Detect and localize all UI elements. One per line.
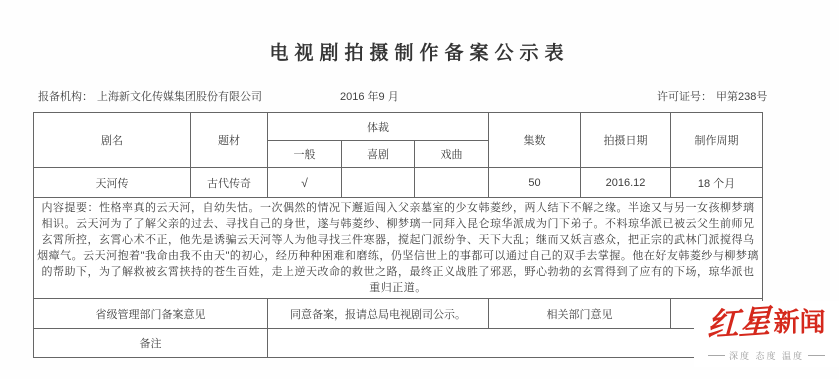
- license-value: 甲第238号: [716, 91, 767, 103]
- synopsis-row: 内容提要：性格率真的云天河，自幼失怙。一次偶然的情况下邂逅闯入父亲墓室的少女韩菱…: [34, 198, 763, 299]
- header-production-cycle: 制作周期: [671, 113, 763, 168]
- header-genre-opera: 戏曲: [415, 141, 489, 168]
- cell-genre-comedy: [342, 168, 415, 198]
- license-label: 许可证号：: [657, 91, 712, 103]
- related-dept-label: 相关部门意见: [489, 299, 671, 329]
- report-org-label: 报备机构：: [38, 91, 93, 103]
- opinions-row: 省级管理部门备案意见 同意备案，报请总局电视剧司公示。 相关部门意见: [34, 299, 763, 329]
- synopsis-text: 内容提要：性格率真的云天河，自幼失怙。一次偶然的情况下邂逅闯入父亲墓室的少女韩菱…: [34, 198, 763, 299]
- table-header-row-1: 剧名 题材 体裁 集数 拍摄日期 制作周期: [34, 113, 763, 141]
- logo-wordmark: 红星 新闻: [694, 301, 839, 345]
- cell-subject: 古代传奇: [191, 168, 268, 198]
- remarks-value: [268, 329, 763, 358]
- cell-episodes: 50: [489, 168, 581, 198]
- logo-tagline: 深度 态度 温度: [694, 349, 839, 362]
- report-date: 2016 年9 月: [340, 88, 399, 104]
- remarks-row: 备注: [34, 329, 763, 358]
- cell-genre-opera: [415, 168, 489, 198]
- provincial-opinion-label: 省级管理部门备案意见: [34, 299, 268, 329]
- remarks-label: 备注: [34, 329, 268, 358]
- registration-table: 剧名 题材 体裁 集数 拍摄日期 制作周期 一般 喜剧 戏曲 天河传 古代传奇 …: [33, 112, 763, 358]
- header-subject: 题材: [191, 113, 268, 168]
- tagline-dash-right: [808, 355, 825, 356]
- report-org: 报备机构：上海新文化传媒集团股份有限公司: [38, 88, 262, 104]
- meta-row: 报备机构：上海新文化传媒集团股份有限公司 2016 年9 月 许可证号：甲第23…: [0, 88, 839, 104]
- document-page: 电视剧拍摄制作备案公示表 报备机构：上海新文化传媒集团股份有限公司 2016 年…: [0, 0, 839, 379]
- tagline-dash-left: [708, 355, 725, 356]
- tagline-text: 深度 态度 温度: [729, 349, 804, 362]
- cell-production-cycle: 18 个月: [671, 168, 763, 198]
- cell-genre-general-check: √: [268, 168, 342, 198]
- logo-brand-block: 新闻: [774, 301, 826, 345]
- header-shoot-date: 拍摄日期: [581, 113, 671, 168]
- header-genre-general: 一般: [268, 141, 342, 168]
- cell-shoot-date: 2016.12: [581, 168, 671, 198]
- header-genre-comedy: 喜剧: [342, 141, 415, 168]
- report-org-value: 上海新文化传媒集团股份有限公司: [97, 91, 262, 103]
- header-genre: 体裁: [268, 113, 489, 141]
- page-title: 电视剧拍摄制作备案公示表: [0, 38, 839, 65]
- provincial-opinion-value: 同意备案，报请总局电视剧司公示。: [268, 299, 489, 329]
- header-episodes: 集数: [489, 113, 581, 168]
- license-number: 许可证号：甲第238号: [657, 88, 767, 104]
- logo-brand-script: 红星: [707, 299, 772, 348]
- hongxing-news-logo: 红星 新闻 深度 态度 温度: [694, 301, 839, 367]
- cell-drama-name: 天河传: [34, 168, 191, 198]
- table-data-row: 天河传 古代传奇 √ 50 2016.12 18 个月: [34, 168, 763, 198]
- header-drama-name: 剧名: [34, 113, 191, 168]
